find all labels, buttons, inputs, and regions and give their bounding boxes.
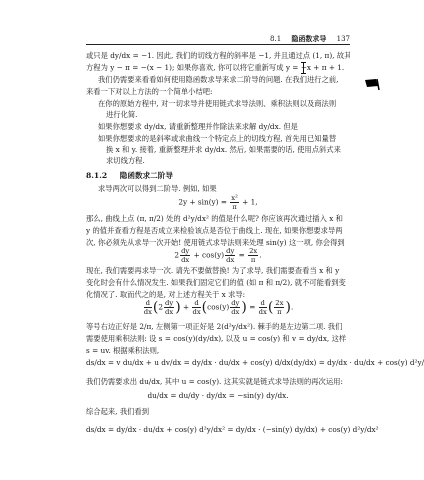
bullet-text: 如果你想要求的是斜率或求曲线一个特定点上的切线方程, 首先用已知量替	[98, 134, 336, 143]
text-line: 我们仍需要求出 du/dx, 其中 u = cos(y). 这其实就是链式求导法…	[86, 377, 350, 387]
bullet-continuation: 求切线方程.	[106, 156, 350, 166]
text-line: y 的值并查看方程是否成立来检验该点是否位于曲线上. 现在, 如果你想要求导两	[86, 226, 350, 236]
fraction: 2xπ	[274, 299, 284, 316]
header-title: 隐函数求导	[291, 34, 326, 43]
section-title: 隐函数求二阶导	[120, 171, 173, 180]
text-line: 现在, 我们需要再求导一次. 请先不要做替换! 为了求导, 我们需要查看当 x …	[86, 266, 350, 276]
text-line: 来看一下对以上方法的一个简单小结吧:	[86, 87, 350, 97]
fraction: dydx	[164, 299, 174, 316]
section-heading: 8.1.2 隐函数求二阶导	[86, 170, 173, 181]
bullet-item: • 如果你想要求 dy/dx, 请重新整理并作除法来求解 dy/dx. 但是	[98, 122, 350, 132]
fraction: dydx	[225, 247, 235, 264]
header-section-number: 8.1	[270, 35, 281, 43]
equation-6: ds/dx = dy/dx · du/dx + cos(y) d²y/dx² =…	[86, 425, 350, 434]
fraction: dydx	[230, 299, 240, 316]
fraction: ddx	[144, 299, 152, 316]
text-cursor-icon	[303, 62, 304, 74]
eq-term: + 1,	[242, 198, 257, 207]
header-rule	[86, 44, 350, 45]
bullet-continuation: 进行化简.	[106, 110, 350, 120]
document-page: 8.1 隐函数求导 137 或只是 dy/dx = −1. 因此, 我们的切线方…	[0, 0, 424, 480]
text-line: 那么, 曲线上点 (π, π/2) 处的 d²y/dx² 的值是什么呢? 你应该…	[86, 214, 350, 224]
equation-5: du/dx = du/dy · dy/dx = −sin(y) dy/dx.	[86, 391, 350, 400]
text-line: 等号右边正好是 2/π, 左侧第一项正好是 2(d²y/dx²). 棘手的是左边…	[86, 322, 350, 332]
text-line: 求导两次可以得到二阶导. 例如, 如果	[86, 184, 362, 194]
equation-1: 2y + sin(y) = x²π + 1,	[86, 194, 350, 211]
eq-term: .	[259, 251, 261, 260]
fraction: ddx	[192, 299, 200, 316]
eq-term: 2y + sin(y) =	[178, 198, 227, 207]
bullet-continuation: 换 x 和 y. 接着, 重新整理并求 dy/dx. 然后, 如果需要的话, 使…	[106, 145, 350, 155]
text-line: 我们仍需要来看看如何使用隐函数求导来求二阶导的问题. 在我们进行之前,	[86, 75, 362, 85]
eq-term: =	[239, 251, 245, 260]
page-number: 137	[337, 35, 350, 43]
text-line: 需要使用乘积法则: 设 s = cos(y)(dy/dx), 以及 u = co…	[86, 334, 350, 344]
bullet-text: 在你的原始方程中, 对一切求导并使用链式求导法则、乘积法则以及商法则	[98, 99, 336, 108]
equation-2: 2dydx + cos(y)dydx = 2xπ.	[86, 247, 350, 264]
text-line: 变化时会有什么情况发生. 如果我们固定它们的值 (如 π 和 π/2), 就不可…	[86, 278, 350, 288]
text-line: 综合起来, 我们看到	[86, 407, 350, 417]
text-line: s = uv. 根据乘积法则,	[86, 346, 350, 356]
eq-term: + cos(y)	[194, 251, 224, 260]
section-number: 8.1.2	[86, 171, 107, 180]
flag-icon	[364, 78, 380, 90]
fraction: ddx	[259, 299, 267, 316]
bullet-item: • 在你的原始方程中, 对一切求导并使用链式求导法则、乘积法则以及商法则	[98, 99, 350, 109]
fraction: 2xπ	[248, 247, 258, 264]
bullet-text: 如果你想要求 dy/dx, 请重新整理并作除法来求解 dy/dx. 但是	[98, 122, 298, 131]
equation-4: ds/dx = v du/dx + u dv/dx = dy/dx · du/d…	[86, 358, 350, 367]
text-line: 或只是 dy/dx = −1. 因此, 我们的切线方程的斜率是 −1, 并且通过…	[86, 51, 350, 61]
bullet-item: • 如果你想要求的是斜率或求曲线一个特定点上的切线方程, 首先用已知量替	[98, 134, 350, 144]
text-line: 方程为 y − π = −(x − 1); 如果你喜欢, 你可以将它重新写成 y…	[86, 63, 350, 73]
eq-term: 2	[174, 251, 179, 260]
fraction: x²π	[230, 194, 239, 211]
fraction: dydx	[180, 247, 190, 264]
equation-3: ddx(2dydx) + ddx(cos(y)dydx) = ddx(2xπ).	[86, 299, 350, 316]
